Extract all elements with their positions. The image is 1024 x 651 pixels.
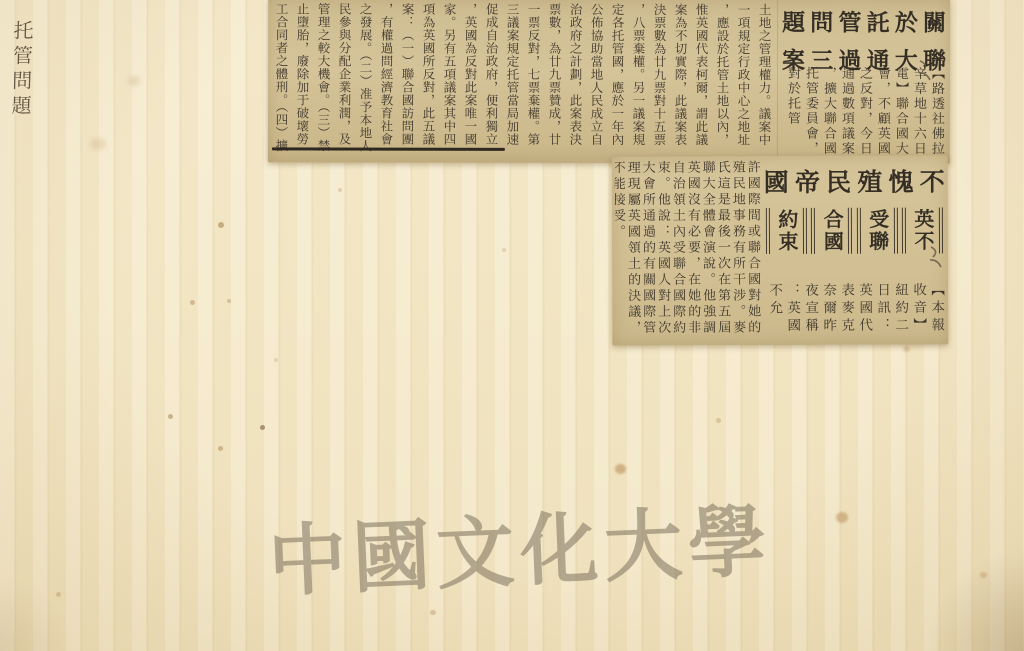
subtitle-group: 受聯 — [857, 208, 898, 254]
foxing-spot — [836, 512, 848, 523]
foxing-spot — [128, 76, 140, 86]
subtitle-group: 約束 — [766, 208, 807, 254]
clipping2-headline-block: 不愧殖民帝國 英不 受聯 合國 約束 【本報收音】紐約二日訊：英國代表麥克奈爾昨… — [764, 155, 946, 345]
handwritten-note: 托管問題 — [5, 20, 37, 120]
clipping-colonial-empire-article: 不愧殖民帝國 英不 受聯 合國 約束 【本報收音】紐約二日訊：英國代表麥克奈爾昨… — [612, 155, 949, 345]
foxing-spot — [56, 592, 61, 597]
foxing-spot — [168, 414, 173, 419]
foxing-spot — [502, 248, 506, 252]
clipping2-headline: 不愧殖民帝國 — [764, 162, 945, 199]
foxing-spot — [615, 464, 626, 474]
subtitle-group: 合國 — [811, 208, 852, 254]
foxing-spot — [190, 300, 195, 305]
clipping2-subtitle: 英不 受聯 合國 約束 — [764, 207, 945, 254]
foxing-spot — [218, 222, 224, 228]
pen-mark — [926, 244, 944, 270]
foxing-spot — [90, 138, 106, 150]
scrapbook-page: 托管問題 關於託管問題 聯大通過三案 【路透社佛拉辛草地十六日電】聯合國大會，不… — [0, 0, 1024, 651]
clipping1-article-body: 土地之管理權力。議案中一項規定行政中心之地址，應設於托管土地以內，惟英國代表柯爾… — [272, 2, 774, 156]
watermark: 中國文化大學 — [266, 478, 790, 612]
foxing-spot — [274, 358, 278, 362]
foxing-spot — [338, 188, 342, 192]
foxing-spot — [430, 610, 436, 615]
clipping-trusteeship-article: 關於託管問題 聯大通過三案 【路透社佛拉辛草地十六日電】聯合國大會，不顧英國之反… — [268, 0, 950, 164]
foxing-spot — [218, 446, 223, 451]
clipping2-article-body: 許國際間或聯合國對她的殖民地事務有所干涉。麥氏這是最後一次在第五屆聯大全體會演說… — [615, 160, 762, 342]
foxing-spot — [716, 418, 721, 423]
foxing-spot — [903, 346, 910, 352]
foxing-spot — [260, 425, 265, 430]
foxing-spot — [227, 299, 231, 303]
clipping2-article-opening: 【本報收音】紐約二日訊：英國代表麥克奈爾昨夜宣稱：英國不允 — [764, 282, 945, 342]
pen-mark — [916, 58, 934, 84]
clipping1-bottom-rule — [272, 147, 505, 150]
clipping-crease — [777, 0, 778, 161]
foxing-spot — [980, 572, 987, 578]
clipping1-headline-line1: 關於託管問題 — [782, 4, 946, 37]
